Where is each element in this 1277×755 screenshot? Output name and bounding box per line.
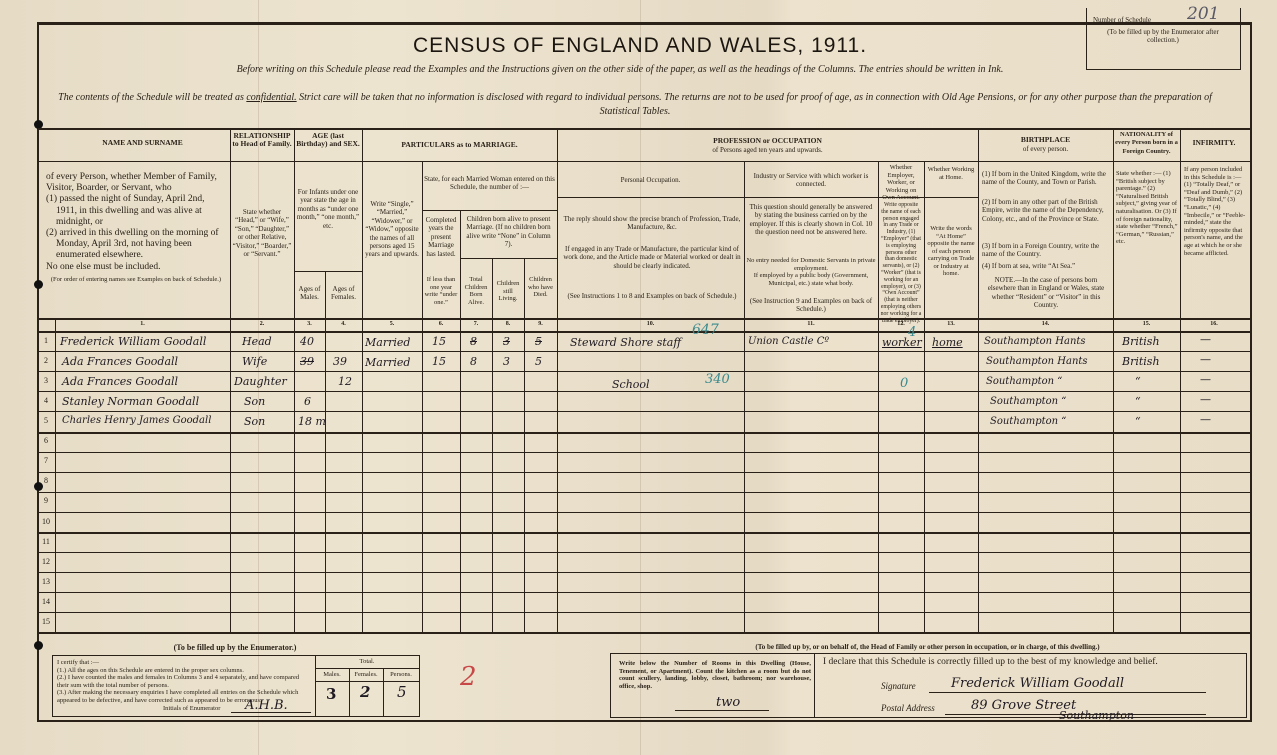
header-birthplace-instr3: (3) If born in a Foreign Country, write … xyxy=(980,242,1112,259)
total-rule xyxy=(315,681,419,682)
col-number: 11. xyxy=(744,321,878,327)
infirmity: — xyxy=(1200,413,1211,426)
col-rule xyxy=(1180,128,1181,632)
row-number: 7 xyxy=(38,456,54,465)
row-number: 12 xyxy=(38,557,54,566)
age-male: 6 xyxy=(304,395,311,408)
address-label: Postal Address xyxy=(881,703,935,713)
header-completed-years: Completed years the present Marriage has… xyxy=(422,216,460,258)
col-number: 4. xyxy=(325,321,362,327)
col-rule xyxy=(230,128,231,632)
total-males: 3 xyxy=(326,685,336,703)
col-rule xyxy=(524,258,525,632)
punch-hole xyxy=(34,280,43,289)
rooms-line xyxy=(675,710,769,711)
relationship: Daughter xyxy=(234,375,287,388)
header-birthplace-instr1: (1) If born in the United Kingdom, write… xyxy=(980,170,1112,187)
header-industry-instr4: (See Instruction 9 and Examples on back … xyxy=(744,297,878,314)
occ-subheader-rule xyxy=(557,197,744,198)
table-bottom-rule xyxy=(38,632,1250,634)
at-home: home xyxy=(932,336,963,349)
birthplace: Southampton “ xyxy=(986,376,1062,387)
dwelling-box: Write below the Number of Rooms in this … xyxy=(610,653,1247,718)
rooms-instructions: Write below the Number of Rooms in this … xyxy=(619,660,811,690)
header-name: NAME AND SURNAME xyxy=(55,139,230,147)
header-name-instructions: of every Person, whether Member of Famil… xyxy=(44,172,228,283)
occupation: Steward Shore staff xyxy=(570,336,681,349)
header-infirmity-instr: If any person included in this Schedule … xyxy=(1182,166,1248,257)
initials-value: A.H.B. xyxy=(245,698,288,713)
nationality: British xyxy=(1122,355,1160,368)
infirmity: — xyxy=(1200,393,1211,406)
head-of-family-heading: (To be filled up by, or on behalf of, th… xyxy=(610,643,1245,651)
row-number: 11 xyxy=(38,537,54,546)
rooms-value: two xyxy=(716,695,740,710)
total-females: 2 xyxy=(360,683,370,701)
marriage-subheader-rule xyxy=(422,210,557,211)
col-rule xyxy=(460,210,461,632)
enumerator-box: I certify that :— (1.) All the ages on t… xyxy=(52,655,420,717)
row-rule xyxy=(38,572,1250,573)
header-at-home: Whether Working at Home. xyxy=(924,166,978,181)
name-instr-e: (For order of entering names see Example… xyxy=(46,276,226,284)
total-persons: 5 xyxy=(397,683,407,701)
row-number: 15 xyxy=(38,617,54,626)
header-personal-occupation: Personal Occupation. xyxy=(557,176,744,184)
row-rule xyxy=(38,592,1250,593)
row-number: 4 xyxy=(38,396,54,405)
col-number: 6. xyxy=(422,321,460,327)
children-living: 3 xyxy=(503,335,510,348)
header-relationship: RELATIONSHIP to Head of Family. xyxy=(230,132,294,149)
header-personal-occ-instr1: The reply should show the precise branch… xyxy=(560,215,744,232)
person-name: Ada Frances Goodall xyxy=(62,375,178,388)
row-rule xyxy=(38,472,1250,473)
certify-label: I certify that :— xyxy=(57,659,312,667)
children-died: 5 xyxy=(535,355,542,368)
females-label: Females. xyxy=(349,671,383,679)
confidential-word: confidential. xyxy=(246,92,296,103)
schedule-number-value: 201 xyxy=(1187,4,1219,24)
header-industry: Industry or Service with which worker is… xyxy=(744,172,878,189)
header-nationality-instr: State whether :— (1) “British subject by… xyxy=(1114,170,1180,246)
age-female: 12 xyxy=(338,375,352,388)
header-children-died: Children who have Died. xyxy=(524,276,557,299)
total-rule xyxy=(315,668,419,669)
row-rule xyxy=(38,532,1250,534)
address-line-2: Southampton xyxy=(1059,709,1134,722)
row-number: 1 xyxy=(38,336,54,345)
occupation-code: 340 xyxy=(705,372,730,387)
occupation: School xyxy=(612,378,650,391)
infirmity: — xyxy=(1200,333,1211,346)
red-pencil-mark: 2 xyxy=(460,662,477,692)
industry: Union Castle Cº xyxy=(748,336,829,347)
occupation-code: 647 xyxy=(692,322,719,338)
age-male: 40 xyxy=(300,335,314,348)
col-rule xyxy=(978,128,979,632)
col-rule xyxy=(55,318,56,632)
header-total-children: Total Children Born Alive. xyxy=(460,276,492,306)
header-age-instr: For Infants under one year state the age… xyxy=(294,188,362,230)
nationality: “ xyxy=(1135,375,1141,388)
person-name: Ada Frances Goodall xyxy=(62,355,178,368)
signature-line xyxy=(929,692,1206,693)
row-number: 13 xyxy=(38,577,54,586)
nationality: “ xyxy=(1135,395,1141,408)
birthplace: Southampton Hants xyxy=(984,336,1086,347)
confidential-post: Strict care will be taken that no inform… xyxy=(297,92,1212,117)
birthplace: Southampton “ xyxy=(990,396,1066,407)
header-profession: PROFESSION or OCCUPATION xyxy=(557,137,978,145)
row-rule xyxy=(38,411,1250,412)
years-married: 15 xyxy=(432,335,446,348)
col-number: 12. xyxy=(878,321,924,327)
header-employer-instr: Write opposite the name of each person e… xyxy=(878,202,924,324)
header-birthplace: BIRTHPLACE xyxy=(978,136,1113,144)
row-number: 5 xyxy=(38,416,54,425)
confidential-pre: The contents of the Schedule will be tre… xyxy=(58,92,246,103)
certify-item-1: (1.) All the ages on this Schedule are e… xyxy=(57,667,312,675)
employer-code: 4 xyxy=(908,325,916,340)
row-rule xyxy=(38,452,1250,453)
header-employer: Whether Employer, Worker, or Working on … xyxy=(878,164,924,202)
row-number: 14 xyxy=(38,597,54,606)
col-rule xyxy=(814,654,815,717)
children-living: 3 xyxy=(503,355,510,368)
industry-subheader-rule xyxy=(744,197,878,198)
header-age: AGE (last Birthday) and SEX. xyxy=(294,132,362,149)
children-subheader-rule xyxy=(460,258,557,259)
nationality: British xyxy=(1122,335,1160,348)
col-number: 9. xyxy=(524,321,557,327)
col-number: 15. xyxy=(1113,321,1180,327)
age-male-struck: 39 xyxy=(300,355,314,368)
header-birthplace-sub: of every person. xyxy=(978,145,1113,153)
header-industry-instr2: No entry needed for Domestic Servants in… xyxy=(744,257,878,272)
relationship: Son xyxy=(244,415,265,428)
header-rule xyxy=(38,161,1250,162)
punch-hole xyxy=(34,641,43,650)
certify-item-2: (2.) I have counted the males and female… xyxy=(57,674,312,689)
header-married-woman: State, for each Married Woman entered on… xyxy=(422,175,557,192)
header-nationality: NATIONALITY of every Person born in a Fo… xyxy=(1113,131,1180,156)
row-rule xyxy=(38,492,1250,493)
initials-label: Initials of Enumerator xyxy=(163,705,220,713)
header-age-females: Ages of Females. xyxy=(325,285,362,302)
infirmity: — xyxy=(1200,373,1211,386)
total-children: 8 xyxy=(470,355,477,368)
infirmity: — xyxy=(1200,353,1211,366)
employer-code: 0 xyxy=(900,376,908,391)
name-instr-d: No one else must be included. xyxy=(46,262,226,273)
header-infirmity: INFIRMITY. xyxy=(1180,139,1248,147)
page-title: CENSUS OF ENGLAND AND WALES, 1911. xyxy=(380,34,900,58)
col-number: 2. xyxy=(230,321,294,327)
declaration-text: I declare that this Schedule is correctl… xyxy=(823,657,1158,667)
birthplace: Southampton “ xyxy=(990,416,1066,427)
row-number: 9 xyxy=(38,496,54,505)
col-rule xyxy=(557,128,558,632)
table-top-rule xyxy=(38,128,1250,130)
colnum-top-rule xyxy=(38,318,1250,320)
header-children-born: Children born alive to present Marriage.… xyxy=(460,215,557,249)
person-name: Stanley Norman Goodall xyxy=(62,395,199,408)
person-name: Frederick William Goodall xyxy=(60,335,206,348)
age-subheader-rule xyxy=(294,271,362,272)
header-completed-years-note: If less than one year write “under one.” xyxy=(422,276,460,306)
header-marital-instr: Write “Single,” “Married,” “Widower,” or… xyxy=(362,200,422,259)
person-name: Charles Henry James Goodall xyxy=(62,415,211,426)
census-schedule-page: Number of Schedule 201 (To be filled up … xyxy=(0,0,1277,755)
header-profession-sub: of Persons aged ten years and upwards. xyxy=(557,146,978,154)
row-number: 8 xyxy=(38,476,54,485)
marital-status: Married xyxy=(365,336,410,349)
enumerator-heading: (To be filled up by the Enumerator.) xyxy=(52,643,418,652)
years-married: 15 xyxy=(432,355,446,368)
col-number: 14. xyxy=(978,321,1113,327)
row-rule xyxy=(38,612,1250,613)
name-instr-b: (1) passed the night of Sunday, April 2n… xyxy=(46,194,226,228)
row-rule xyxy=(38,391,1250,392)
age-male: 18 m xyxy=(298,415,326,428)
birthplace: Southampton Hants xyxy=(986,356,1088,367)
instruction-subtitle: Before writing on this Schedule please r… xyxy=(120,64,1120,75)
children-died: 5 xyxy=(535,335,542,348)
relationship: Wife xyxy=(242,355,267,368)
header-relationship-instr: State whether “Head,” or “Wife,” “Son,” … xyxy=(230,208,294,258)
signature-value: Frederick William Goodall xyxy=(951,676,1124,691)
row-number: 2 xyxy=(38,356,54,365)
header-birthplace-instr4: (4) If born at sea, write “At Sea.” xyxy=(980,262,1112,270)
row-rule xyxy=(38,512,1250,513)
header-birthplace-note: NOTE.—In the case of persons born elsewh… xyxy=(980,276,1112,310)
persons-label: Persons. xyxy=(383,671,419,679)
total-children: 8 xyxy=(470,335,477,348)
header-marriage: PARTICULARS as to MARRIAGE. xyxy=(362,141,557,149)
row-number: 10 xyxy=(38,517,54,526)
header-industry-instr1: This question should generally be answer… xyxy=(744,203,878,237)
col-number: 8. xyxy=(492,321,524,327)
header-birthplace-instr2: (2) If born in any other part of the Bri… xyxy=(980,198,1112,223)
males-label: Males. xyxy=(315,671,349,679)
row-rule xyxy=(38,552,1250,553)
header-at-home-instr: Write the words “At Home” opposite the n… xyxy=(924,225,978,278)
row-number: 6 xyxy=(38,436,54,445)
row-rule xyxy=(38,371,1250,372)
col-number: 13. xyxy=(924,321,978,327)
col-rule xyxy=(492,258,493,632)
col-number: 3. xyxy=(294,321,325,327)
header-personal-occ-instr2: If engaged in any Trade or Manufacture, … xyxy=(560,245,744,270)
header-children-living: Children still Living. xyxy=(492,280,524,303)
confidential-notice: The contents of the Schedule will be tre… xyxy=(40,91,1230,119)
col-number: 1. xyxy=(55,321,230,327)
row-rule xyxy=(38,432,1250,434)
row-rule xyxy=(38,351,1250,352)
marital-status: Married xyxy=(365,356,410,369)
header-industry-instr3: If employed by a public body (Government… xyxy=(744,272,878,287)
name-instr-c: (2) arrived in this dwelling on the morn… xyxy=(46,228,226,262)
nationality: “ xyxy=(1135,415,1141,428)
header-age-males: Ages of Males. xyxy=(294,285,325,302)
total-label: Total. xyxy=(315,658,419,666)
col-number: 16. xyxy=(1180,321,1248,327)
name-instr-a: of every Person, whether Member of Famil… xyxy=(46,172,226,194)
data-top-rule xyxy=(38,331,1250,333)
row-number: 3 xyxy=(38,376,54,385)
col-number: 7. xyxy=(460,321,492,327)
col-number: 5. xyxy=(362,321,422,327)
age-female: 39 xyxy=(333,355,347,368)
relationship: Head xyxy=(242,335,272,348)
header-personal-occ-instr3: (See Instructions 1 to 8 and Examples on… xyxy=(560,292,744,300)
relationship: Son xyxy=(244,395,265,408)
signature-label: Signature xyxy=(881,681,916,691)
